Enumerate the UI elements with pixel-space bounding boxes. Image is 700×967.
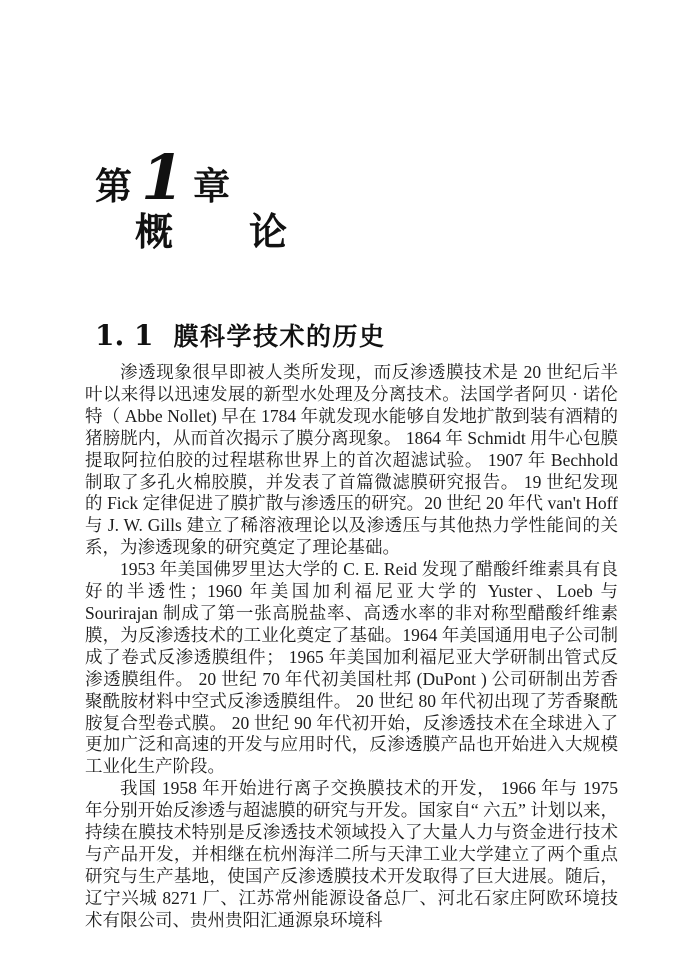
chapter-title: 概 论 [135,213,287,255]
section-number: 1. 1 [95,319,153,352]
chapter-heading: 第 1 章 概 论 [95,150,287,255]
paragraph-history-world: 渗透现象很早即被人类所发现，而反渗透膜技术是 20 世纪后半叶以来得以迅速发展的… [85,362,618,559]
chapter-number: 1 [141,150,184,206]
chapter-prefix: 第 [95,165,132,209]
body-text: 渗透现象很早即被人类所发现，而反渗透膜技术是 20 世纪后半叶以来得以迅速发展的… [85,362,618,932]
section-heading: 1. 1 膜科学技术的历史 [95,317,385,353]
paragraph-ro-development: 1953 年美国佛罗里达大学的 C. E. Reid 发现了醋酸纤维素具有良好的… [85,559,618,778]
paragraph-china-development: 我国 1958 年开始进行离子交换膜技术的开发， 1966 年与 1975 年分… [85,778,618,931]
book-page: 第 1 章 概 论 1. 1 膜科学技术的历史 渗透现象很早即被人类所发现，而反… [0,0,700,967]
chapter-suffix: 章 [193,165,230,209]
section-title: 膜科学技术的历史 [173,317,385,353]
chapter-number-line: 第 1 章 [95,150,287,209]
